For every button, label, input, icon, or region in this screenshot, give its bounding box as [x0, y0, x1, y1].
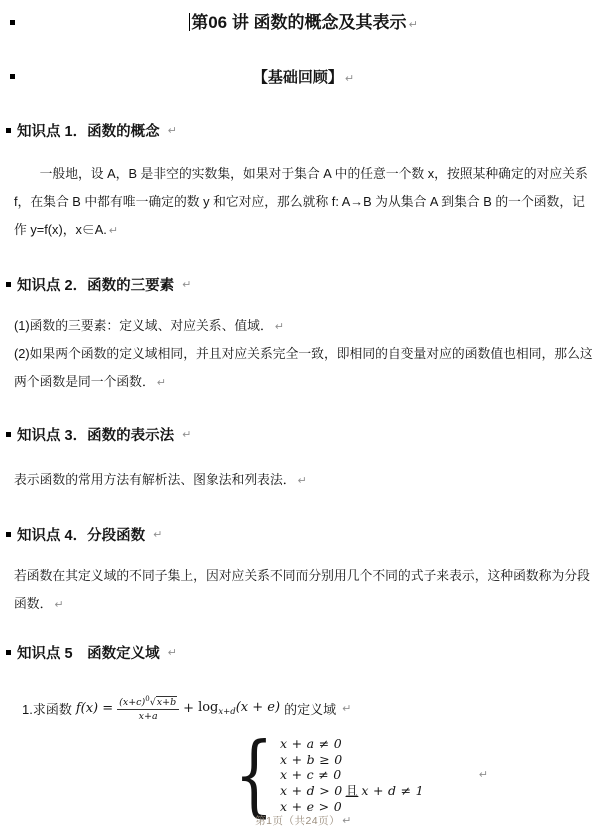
kp3-paragraph-text: 表示函数的常用方法有解析法、图象法和列表法．	[14, 472, 296, 487]
paragraph-mark-icon: ↵	[409, 18, 418, 31]
kp2-heading: 知识点 2．函数的三要素↵	[6, 274, 191, 295]
paragraph-mark-icon: ↵	[342, 814, 352, 827]
kp1-heading: 知识点 1．函数的概念↵	[6, 120, 177, 141]
log-label: log	[198, 700, 218, 715]
conjunction: 且	[343, 784, 362, 798]
kp2-heading-text: 知识点 2．函数的三要素	[17, 274, 174, 295]
kp2-paragraph-1: (1)函数的三要素：定义域、对应关系、值域．↵	[14, 312, 594, 341]
fraction-numerator: (x+c)0√x+b	[117, 694, 179, 710]
system-line-4-right: x + d ≠ 1	[361, 783, 424, 798]
kp3-paragraph: 表示函数的常用方法有解析法、图象法和列表法．↵	[14, 466, 594, 495]
paragraph-mark-icon: ↵	[54, 598, 63, 611]
numerator-base: (x+c)	[119, 697, 145, 708]
document-page: 第06 讲 函数的概念及其表示↵ 【基础回顾】↵ 知识点 1．函数的概念↵ 一般…	[0, 0, 607, 840]
section-subtitle-row: 【基础回顾】↵	[0, 66, 607, 87]
outline-bullet	[10, 20, 15, 25]
kp1-paragraph-text: 一般地，设 A，B 是非空的实数集，如果对于集合 A 中的任意一个数 x，按照某…	[14, 166, 588, 237]
page-title-row: 第06 讲 函数的概念及其表示↵	[0, 8, 607, 33]
kp4-paragraph-text: 若函数在其定义域的不同子集上，因对应关系不同而分别用几个不同的式子来表示，这种函…	[14, 568, 590, 611]
kp4-paragraph: 若函数在其定义域的不同子集上，因对应关系不同而分别用几个不同的式子来表示，这种函…	[14, 562, 594, 619]
kp5-heading-text: 知识点 5 函数定义域	[17, 642, 160, 663]
system-line-1: x + a ≠ 0	[280, 736, 424, 752]
outline-bullet	[6, 532, 11, 537]
kp1-heading-text: 知识点 1．函数的概念	[17, 120, 160, 141]
paragraph-mark-icon: ↵	[182, 428, 191, 441]
outline-bullet	[10, 74, 15, 79]
radical-icon: √	[150, 697, 156, 708]
outline-bullet	[6, 128, 11, 133]
kp1-paragraph: 一般地，设 A，B 是非空的实数集，如果对于集合 A 中的任意一个数 x，按照某…	[14, 160, 594, 245]
kp4-heading-text: 知识点 4．分段函数	[17, 524, 145, 545]
system-line-4-left: x + d > 0	[280, 783, 343, 798]
radicand: x+b	[156, 696, 177, 708]
log-argument: (x + e)	[236, 700, 280, 715]
log-term: logx+d(x + e)	[198, 700, 280, 717]
plus-operator: +	[183, 701, 194, 716]
outline-bullet	[6, 650, 11, 655]
paragraph-mark-icon: ↵	[342, 702, 351, 715]
paragraph-mark-icon: ↵	[168, 646, 177, 659]
system-lines: x + a ≠ 0 x + b ≥ 0 x + c ≠ 0 x + d > 0且…	[280, 736, 424, 815]
paragraph-mark-icon: ↵	[109, 224, 118, 237]
page-title: 第06 讲 函数的概念及其表示	[191, 13, 406, 32]
paragraph-mark-icon: ↵	[479, 767, 488, 783]
kp2-paragraph-1-text: (1)函数的三要素：定义域、对应关系、值域．	[14, 318, 273, 333]
paragraph-mark-icon: ↵	[345, 72, 354, 85]
paragraph-mark-icon: ↵	[153, 528, 162, 541]
system-line-3: x + c ≠ 0	[280, 767, 424, 783]
equation-system: { x + a ≠ 0 x + b ≥ 0 x + c ≠ 0 x + d > …	[226, 736, 424, 815]
problem-statement: 1.求函数 f(x) = (x+c)0√x+b x+a + logx+d(x +…	[22, 694, 351, 722]
paragraph-mark-icon: ↵	[182, 278, 191, 291]
system-line-4: x + d > 0且x + d ≠ 1	[280, 783, 424, 800]
function-notation: f(x) =	[76, 701, 113, 716]
fraction-denominator: x+a	[139, 710, 158, 722]
problem-suffix: 的定义域	[284, 699, 336, 718]
paragraph-mark-icon: ↵	[157, 376, 166, 389]
kp3-heading: 知识点 3．函数的表示法↵	[6, 424, 191, 445]
paragraph-mark-icon: ↵	[168, 124, 177, 137]
kp4-heading: 知识点 4．分段函数↵	[6, 524, 162, 545]
paragraph-mark-icon: ↵	[298, 474, 307, 487]
left-brace-icon: {	[234, 736, 273, 814]
outline-bullet	[6, 432, 11, 437]
page-footer: 第1页（共24页）↵	[0, 813, 607, 828]
kp3-heading-text: 知识点 3．函数的表示法	[17, 424, 174, 445]
log-base: x+d	[218, 707, 235, 717]
fraction: (x+c)0√x+b x+a	[117, 694, 179, 722]
kp5-heading: 知识点 5 函数定义域↵	[6, 642, 177, 663]
problem-prefix: 1.求函数	[22, 699, 72, 718]
page-number-label: 第1页（共24页）	[255, 815, 340, 827]
kp2-paragraph-2: (2)如果两个函数的定义域相同，并且对应关系完全一致，即相同的自变量对应的函数值…	[14, 340, 594, 397]
system-line-2: x + b ≥ 0	[280, 752, 424, 768]
paragraph-mark-icon: ↵	[275, 320, 284, 333]
outline-bullet	[6, 282, 11, 287]
section-subtitle: 【基础回顾】	[253, 69, 343, 86]
kp2-paragraph-2-text: (2)如果两个函数的定义域相同，并且对应关系完全一致，即相同的自变量对应的函数值…	[14, 346, 593, 389]
